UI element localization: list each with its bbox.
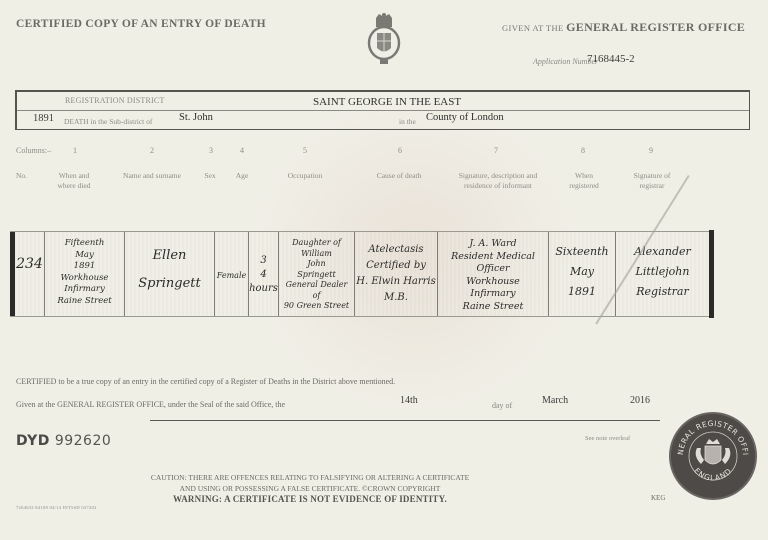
column-header-age: Age	[230, 171, 254, 181]
column-number-7: 7	[494, 146, 498, 155]
serial-number: 992620	[55, 433, 111, 449]
surname: Springett	[125, 270, 214, 298]
column-header-sex: Sex	[198, 171, 222, 181]
column-number-1: 1	[73, 146, 77, 155]
caution-line-1: CAUTION: THERE ARE OFFENCES RELATING TO …	[0, 472, 620, 483]
column-header-name: Name and surname	[112, 171, 192, 181]
cause-line: H. Elwin Harris	[355, 274, 437, 290]
when-line: Fifteenth	[45, 238, 124, 250]
column-header-when-registered: When registered	[566, 171, 602, 191]
entry-name: Ellen Springett	[125, 232, 215, 316]
identity-warning: WARNING: A CERTIFICATE IS NOT EVIDENCE O…	[0, 494, 620, 504]
column-number-6: 6	[398, 146, 402, 155]
registrar-line: Registrar	[616, 282, 709, 302]
entry-cause-of-death: Atelectasis Certified by H. Elwin Harris…	[355, 232, 438, 316]
given-at-heading: GIVEN AT THE GENERAL REGISTER OFFICE	[502, 20, 745, 35]
where-line: Workhouse	[45, 273, 124, 285]
right-border-bar	[709, 230, 714, 318]
entry-registrar: Alexander Littlejohn Registrar	[616, 232, 709, 316]
informant-line: Resident Medical	[438, 251, 548, 264]
informant-line: Officer	[438, 263, 548, 276]
column-header-when-where-died: When and where died	[52, 171, 96, 191]
column-number-8: 8	[581, 146, 585, 155]
column-header-registrar: Signature of registrar	[627, 171, 677, 191]
columns-prefix: Columns:–	[16, 146, 51, 155]
column-header-cause-of-death: Cause of death	[368, 171, 430, 181]
entry-sex: Female	[215, 232, 249, 316]
general-register-office-seal-icon: GENERAL REGISTER OFFICE ENGLAND	[669, 412, 757, 500]
forename: Ellen	[125, 242, 214, 270]
registration-district-label: REGISTRATION DISTRICT	[65, 96, 165, 105]
given-statement: Given at the GENERAL REGISTER OFFICE, un…	[16, 400, 285, 409]
registered-line: 1891	[549, 282, 615, 302]
registrar-line: Alexander	[616, 242, 709, 262]
column-header-informant: Signature, description and residence of …	[450, 171, 546, 191]
cause-line: Certified by	[355, 258, 437, 274]
occupation-line: of	[279, 291, 354, 302]
in-the-label: in the	[399, 117, 416, 126]
certification-day: 14th	[400, 395, 418, 406]
where-line: Raine Street	[45, 296, 124, 308]
certificate-serial: DYD 992620	[16, 433, 111, 449]
occupation-line: Daughter of	[279, 238, 354, 249]
registration-year: 1891	[33, 113, 54, 124]
entry-when-where-died: Fifteenth May 1891 Workhouse Infirmary R…	[45, 232, 125, 316]
given-at-office: GENERAL REGISTER OFFICE	[566, 20, 745, 34]
occupation-line: John	[279, 259, 354, 270]
caution-line-2: AND USING OR POSSESSING A FALSE CERTIFIC…	[0, 483, 620, 494]
column-number-2: 2	[150, 146, 154, 155]
age-unit: hours	[249, 282, 278, 296]
registered-line: Sixteenth	[549, 242, 615, 262]
given-at-prefix: GIVEN AT THE	[502, 23, 564, 33]
entry-informant: J. A. Ward Resident Medical Officer Work…	[438, 232, 549, 316]
application-number: 7168445-2	[587, 53, 635, 65]
certification-month: March	[542, 395, 568, 406]
registration-district-box: REGISTRATION DISTRICT SAINT GEORGE IN TH…	[15, 90, 750, 130]
informant-line: Raine Street	[438, 301, 548, 314]
serial-prefix: DYD	[16, 433, 50, 449]
see-note-overleaf: See note overleaf	[585, 435, 630, 442]
registered-line: May	[549, 262, 615, 282]
entry-when-registered: Sixteenth May 1891	[549, 232, 616, 316]
entry-occupation: Daughter of William John Springett Gener…	[279, 232, 355, 316]
entry-number: 234	[15, 232, 45, 316]
print-code: 7264633 84108 04/14 INT5SD 037202	[16, 505, 97, 510]
where-line: Infirmary	[45, 284, 124, 296]
certification-statement: CERTIFIED to be a true copy of an entry …	[16, 377, 395, 386]
column-header-no: No.	[16, 171, 27, 181]
caution-notice: CAUTION: THERE ARE OFFENCES RELATING TO …	[0, 472, 620, 494]
age-value: 3	[249, 254, 278, 268]
royal-crest-icon	[367, 12, 401, 66]
registration-district: SAINT GEORGE IN THE EAST	[313, 96, 461, 108]
occupation-line: Springett	[279, 270, 354, 281]
age-value: 4	[249, 268, 278, 282]
when-line: May	[45, 250, 124, 262]
subdistrict: St. John	[179, 112, 213, 123]
column-number-5: 5	[303, 146, 307, 155]
occupation-line: General Dealer	[279, 280, 354, 291]
column-number-9: 9	[649, 146, 653, 155]
cause-line: Atelectasis	[355, 242, 437, 258]
informant-line: Infirmary	[438, 288, 548, 301]
column-header-occupation: Occupation	[278, 171, 332, 181]
column-number-3: 3	[209, 146, 213, 155]
occupation-line: 90 Green Street	[279, 301, 354, 312]
certification-year: 2016	[630, 395, 650, 406]
occupation-line: William	[279, 249, 354, 260]
svg-text:ENGLAND: ENGLAND	[692, 466, 733, 482]
informant-line: J. A. Ward	[438, 238, 548, 251]
when-line: 1891	[45, 261, 124, 273]
informant-line: Workhouse	[438, 276, 548, 289]
county: County of London	[426, 112, 504, 123]
day-of-label: day of	[492, 401, 512, 410]
divider	[17, 110, 749, 111]
signature-line	[150, 420, 660, 421]
subdistrict-label: DEATH in the Sub-district of	[64, 117, 152, 126]
issuer-initials: KEG	[651, 494, 665, 502]
cause-line: M.B.	[355, 290, 437, 306]
registrar-line: Littlejohn	[616, 262, 709, 282]
column-number-4: 4	[240, 146, 244, 155]
entry-age: 3 4 hours	[249, 232, 279, 316]
document-title: CERTIFIED COPY OF AN ENTRY OF DEATH	[16, 18, 266, 30]
